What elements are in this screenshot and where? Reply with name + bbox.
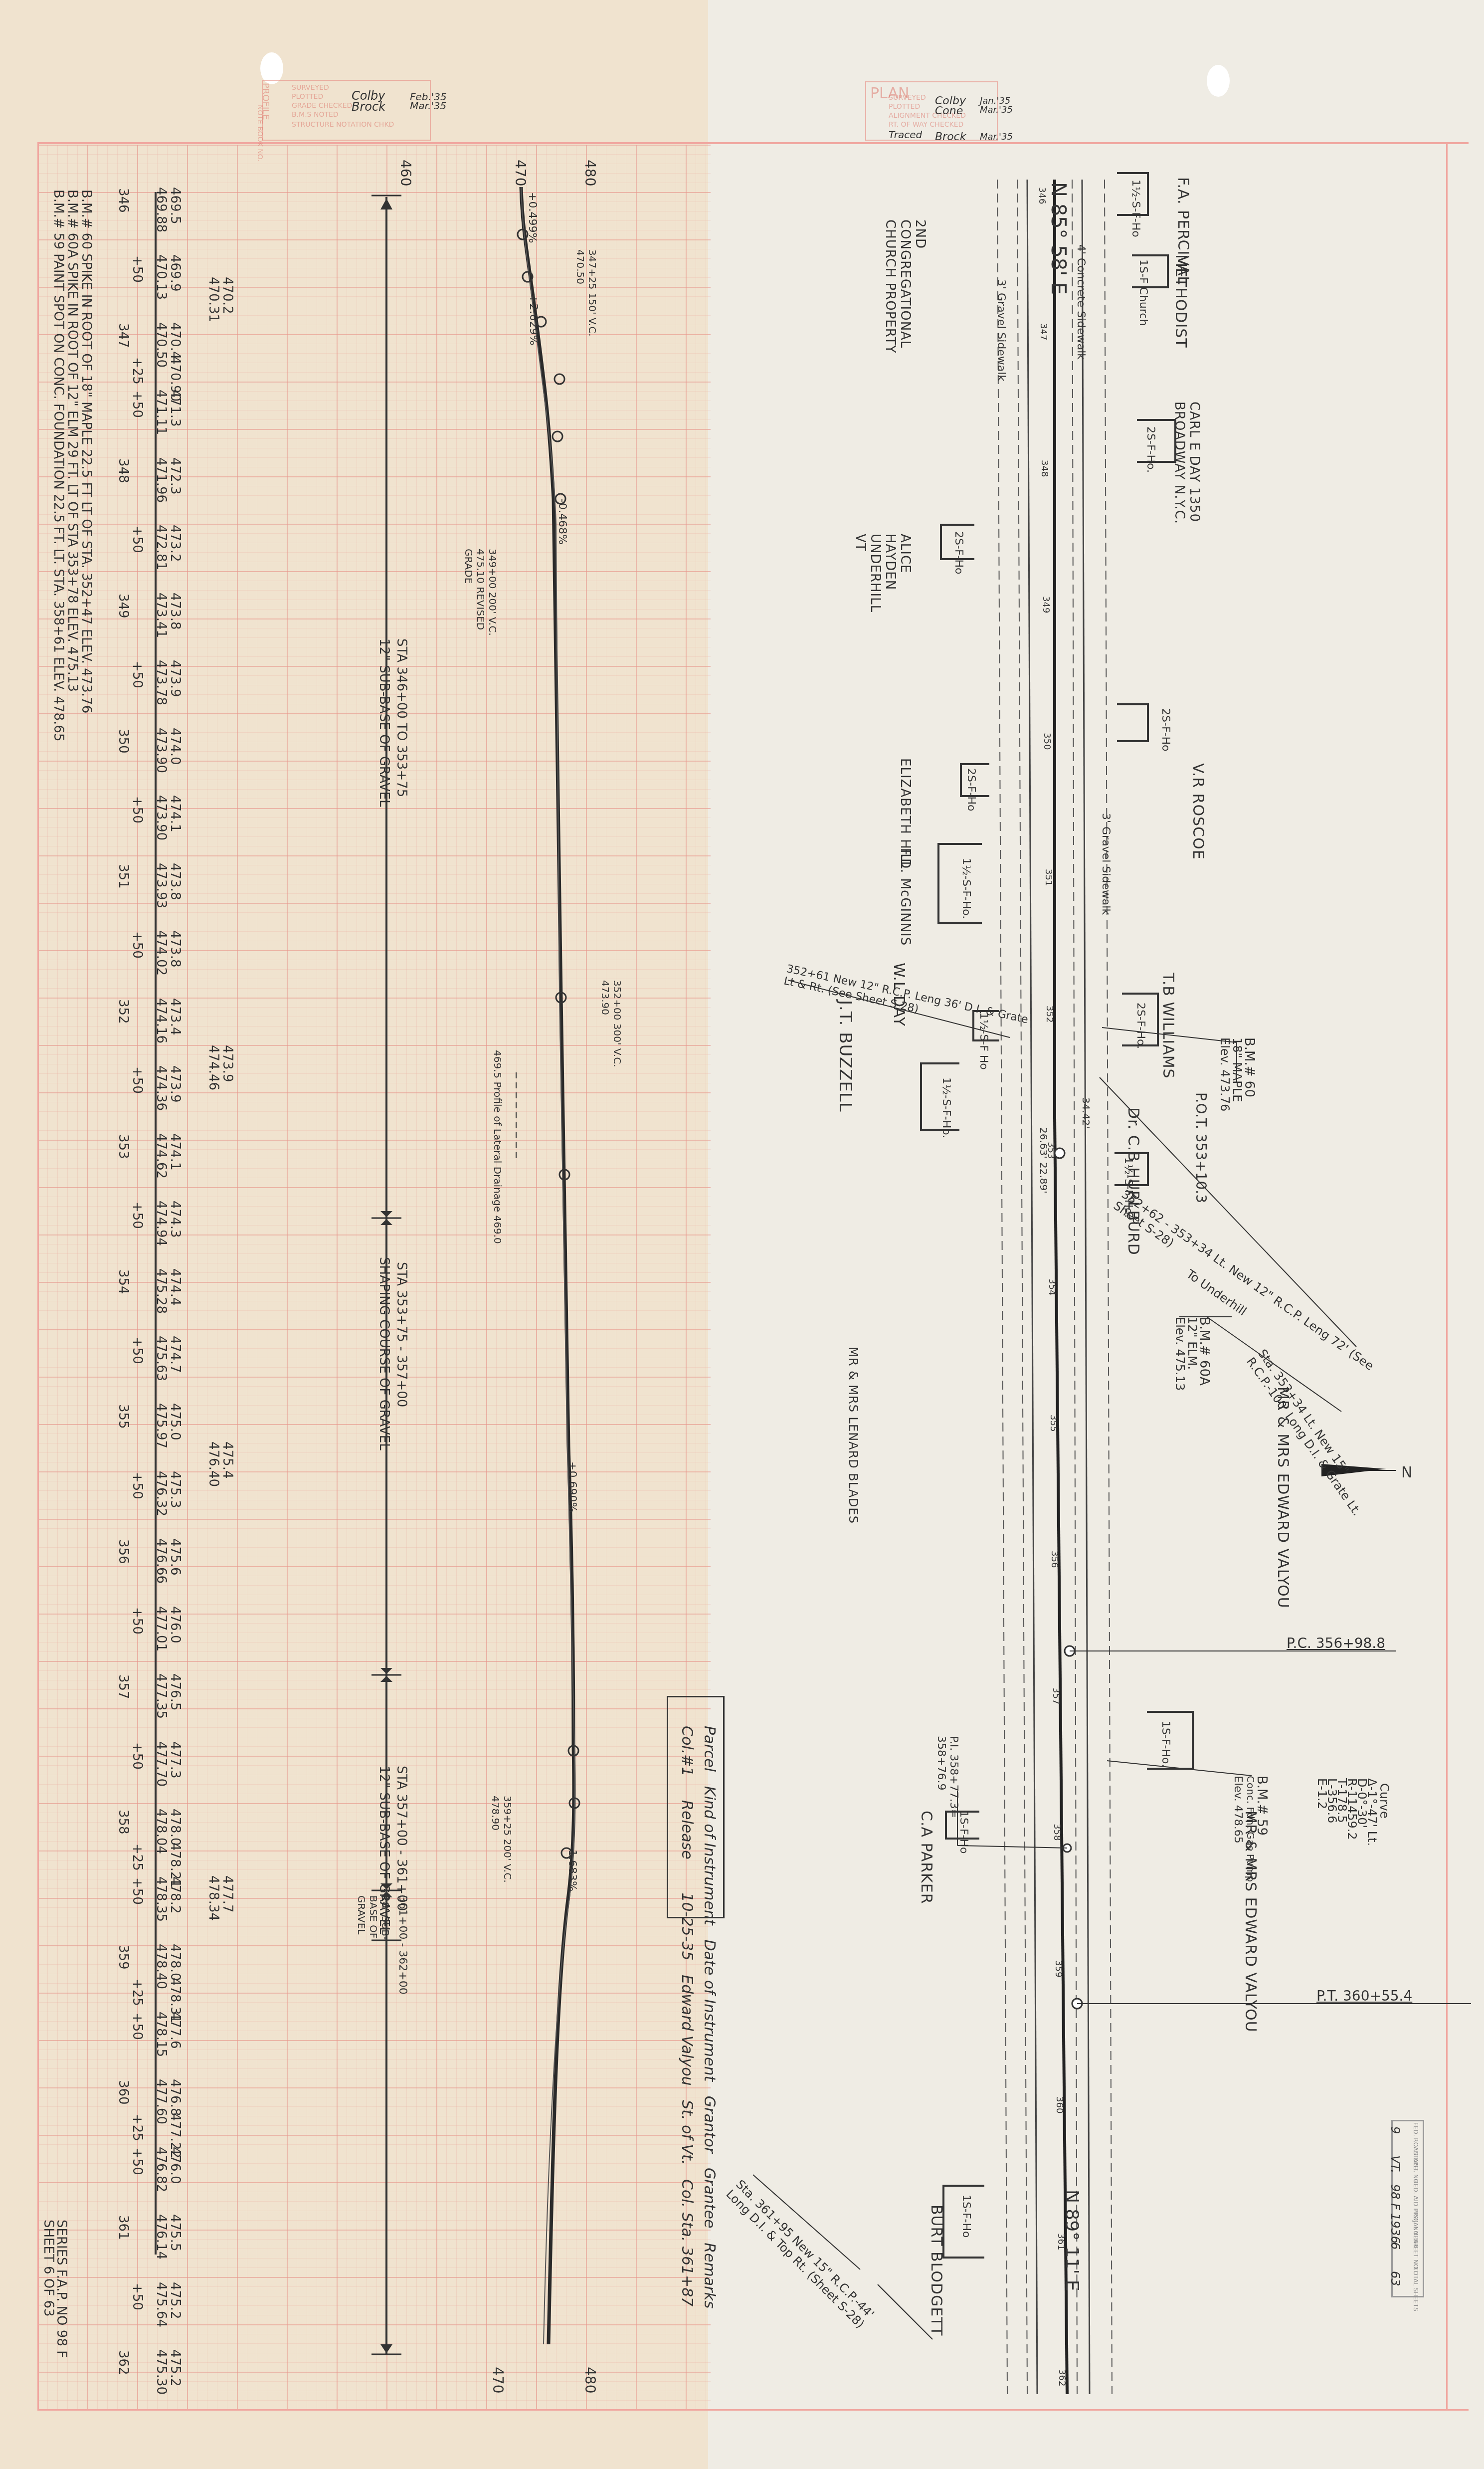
plan-station-label: 348 — [1039, 460, 1050, 477]
owner-label: J.T. BUZZELL — [835, 1000, 855, 1112]
title-block-value: 9 — [1388, 2126, 1402, 2134]
owner-label: CARL E DAY 1350 BROADWAY N.Y.C. — [1172, 402, 1202, 551]
north-arrow-icon — [1321, 1464, 1386, 1476]
plan-station-label: 357 — [1051, 1687, 1061, 1704]
curve-e: E-1.2 — [1315, 1778, 1329, 1809]
house-label: 2S-F-Ho — [1159, 708, 1172, 752]
curve-title: Curve — [1377, 1783, 1391, 1819]
title-block-header: TOTAL SHEETS — [1412, 2267, 1419, 2311]
house-label: 1S-F Church — [1137, 259, 1149, 326]
plan-station-label: 359 — [1053, 1960, 1064, 1977]
plan-station-label: 354 — [1047, 1278, 1057, 1295]
title-block-value: 98 F — [1388, 2184, 1402, 2210]
bm-desc: Conc. Fdn. Gas Pump — [1245, 1776, 1257, 1882]
plan-station-label: 349 — [1041, 596, 1051, 613]
owner-label: 2ND CONGREGATIONAL CHURCH PROPERTY — [883, 219, 927, 359]
title-block-header: SHEET NO. — [1412, 2238, 1419, 2270]
owner-label: ALICE HAYDEN UNDERHILL VT — [853, 534, 913, 633]
pi-station: P.I. 358+77.3= 358+76.9 — [935, 1736, 960, 1846]
plan-station-label: 347 — [1038, 323, 1049, 340]
plan-station-label: 360 — [1054, 2096, 1065, 2113]
owner-label: F.D. McGINNIS — [898, 848, 913, 946]
title-block-header: STATE — [1412, 2151, 1419, 2169]
owner-label: Dr. C.B HURLBURD — [1124, 1107, 1142, 1255]
north-arrow-label: N — [1401, 1464, 1412, 1481]
owner-label: MR & MRS LENARD BLADES — [846, 1347, 860, 1524]
plan-station-label: 353 — [1046, 1142, 1056, 1159]
house-label: 2S-F-Ho. — [1134, 1003, 1147, 1049]
title-block-value: 1936 — [1388, 2213, 1402, 2244]
plan-station-label: 358 — [1052, 1824, 1062, 1841]
plan-drawing — [0, 0, 1484, 2469]
title-block-value: VT. — [1388, 2155, 1402, 2173]
house-roscoe — [1117, 703, 1149, 742]
plan-station-label: 361 — [1056, 2233, 1066, 2250]
plan-station-label: 356 — [1049, 1551, 1060, 1568]
tie-distance: 34.42' — [1080, 1097, 1092, 1129]
bearing-label: N 85° 58' E — [1047, 182, 1070, 295]
owner-label: METHODIST — [1172, 254, 1189, 348]
bm-elev: Elev. 473.76 — [1218, 1037, 1232, 1111]
plan-station-label: 350 — [1042, 733, 1052, 750]
pot-note: P.O.T. 353+10.3 — [1193, 1092, 1209, 1203]
bm-desc: 12" ELM. — [1185, 1317, 1199, 1370]
plan-station-label: 352 — [1044, 1006, 1055, 1023]
owner-label: C.A PARKER — [918, 1811, 935, 1904]
owner-label: T.B WILLIAMS — [1159, 973, 1177, 1079]
plan-station-label: 351 — [1043, 869, 1054, 886]
plan-station-label: 346 — [1037, 187, 1047, 204]
house-label: 1S-F-Ho. — [1159, 1721, 1172, 1767]
bm-elev: Elev. 478.65 — [1232, 1776, 1244, 1844]
plan-station-label: 355 — [1048, 1415, 1059, 1432]
house-label: 1½-S-F-Ho — [1129, 180, 1142, 237]
sidewalk-label: 4' Concrete Sidewalk — [1075, 244, 1087, 360]
pt-station: P.T. 360+55.4 — [1316, 1988, 1412, 2004]
sidewalk-label: 3' Gravel Sidewalk — [995, 279, 1007, 381]
house-label: 1S-F-Ho — [960, 2195, 972, 2238]
title-block-value: 63 — [1388, 2271, 1402, 2286]
drawing-sheet: PROFILE NOTE BOOK NO. SURVEYED PLOTTED G… — [0, 0, 1484, 2469]
house-label: 2S-F-Ho — [965, 768, 977, 812]
house-label: 1½-S-F-Ho. — [960, 858, 972, 919]
house-label: 2S-F-Ho. — [1144, 426, 1157, 473]
pc-station: P.C. 356+98.8 — [1287, 1635, 1385, 1651]
house-label: 2S-F-Ho — [952, 531, 965, 575]
bm-desc: 18" MAPLE — [1230, 1037, 1244, 1102]
owner-label: V.R ROSCOE — [1189, 763, 1207, 860]
bm-elev: Elev. 475.13 — [1173, 1317, 1187, 1391]
sidewalk-label: 3' Gravel Sidewalk — [1100, 813, 1112, 915]
house-label: 1½-S-F-Ho. — [940, 1077, 952, 1138]
title-block-value: 6 — [1388, 2242, 1402, 2250]
tie-distance: 22.89' — [1038, 1162, 1050, 1194]
owner-label: BURT BLODGETT — [927, 2205, 945, 2336]
plan-station-label: 362 — [1057, 2369, 1067, 2386]
